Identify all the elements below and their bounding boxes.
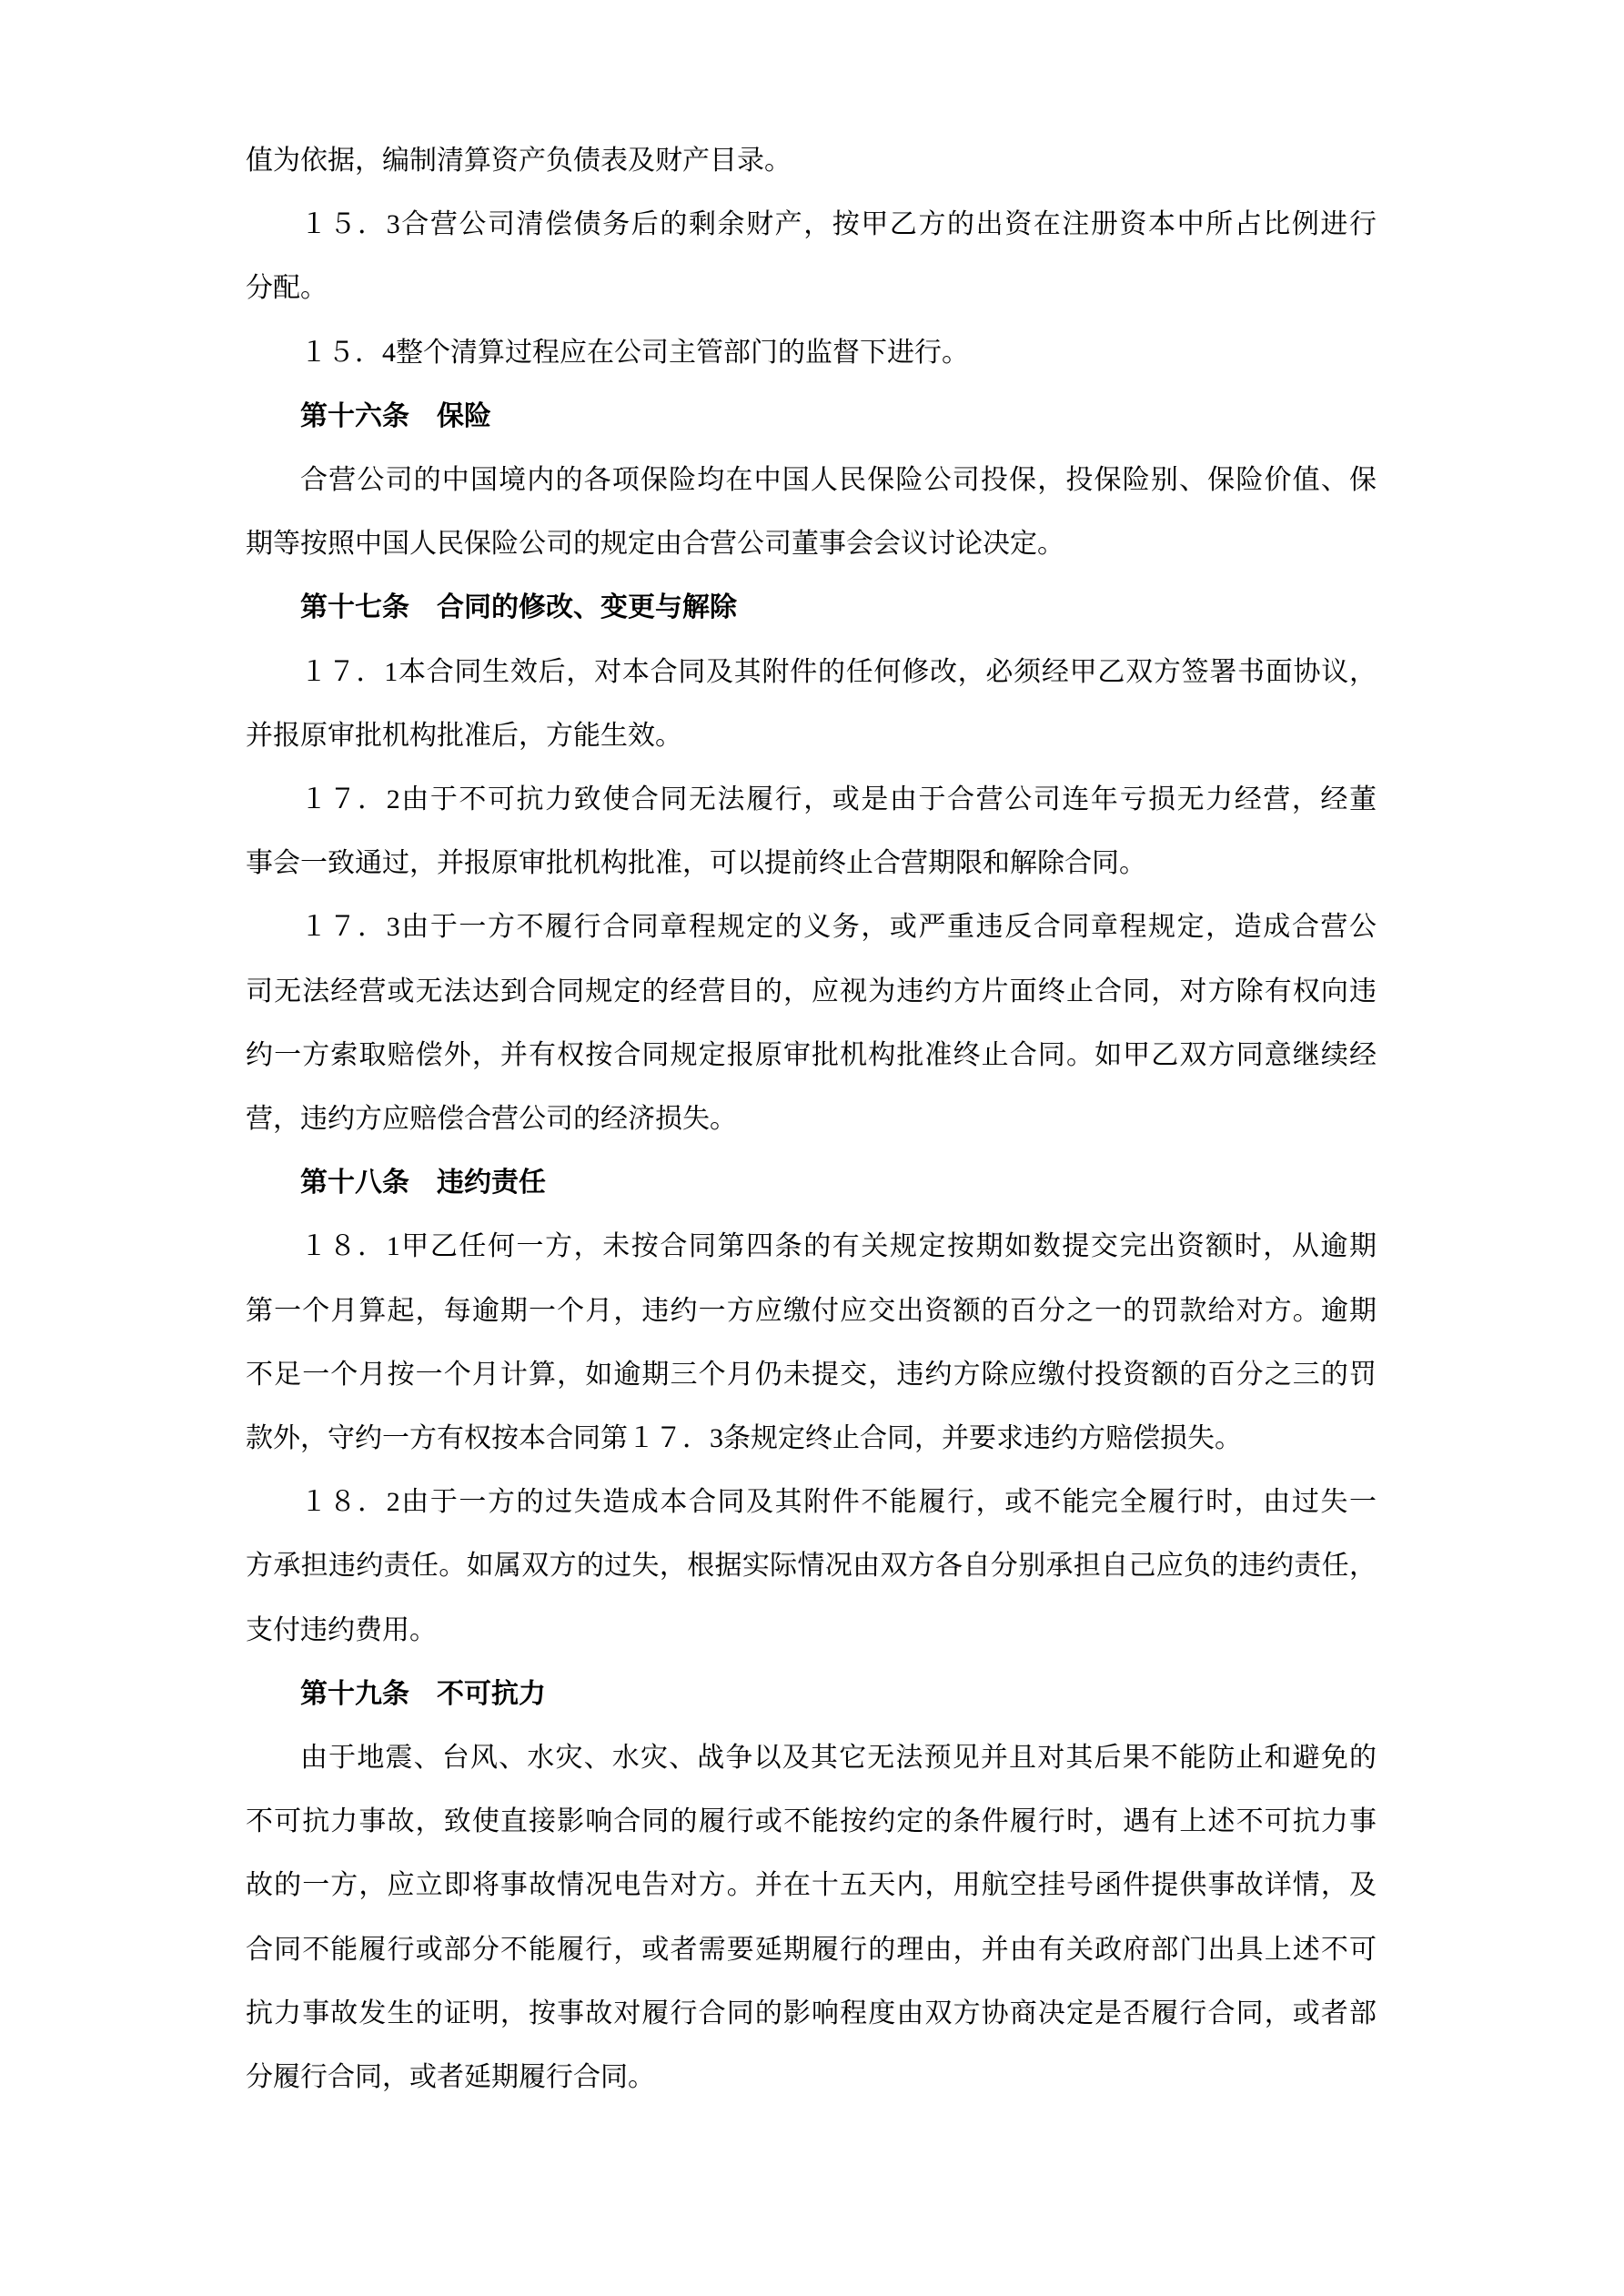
heading-article-17: 第十七条 合同的修改、变更与解除 xyxy=(246,576,1377,640)
heading-article-19: 第十九条 不可抗力 xyxy=(246,1663,1377,1726)
article-19-line: 分履行合同，或者延期履行合同。 xyxy=(246,2046,1377,2109)
clause-17-1-line: 并报原审批机构批准后，方能生效。 xyxy=(246,704,1377,768)
article-19-line: 抗力事故发生的证明，按事故对履行合同的影响程度由双方协商决定是否履行合同，或者部 xyxy=(246,1982,1377,2046)
clause-18-2-line: １８．2由于一方的过失造成本合同及其附件不能履行，或不能完全履行时，由过失一 xyxy=(246,1471,1377,1534)
clause-17-3-line: 司无法经营或无法达到合同规定的经营目的，应视为违约方片面终止合同，对方除有权向违 xyxy=(246,960,1377,1024)
heading-article-16: 第十六条 保险 xyxy=(246,385,1377,449)
clause-15-3-line: １５．3合营公司清偿债务后的剩余财产，按甲乙方的出资在注册资本中所占比例进行 xyxy=(246,193,1377,257)
clause-17-3-line: 约一方索取赔偿外，并有权按合同规定报原审批机构批准终止合同。如甲乙双方同意继续经 xyxy=(246,1024,1377,1087)
clause-17-3-line: 营，违约方应赔偿合营公司的经济损失。 xyxy=(246,1087,1377,1151)
clause-18-1-line: 不足一个月按一个月计算，如逾期三个月仍未提交，违约方除应缴付投资额的百分之三的罚 xyxy=(246,1343,1377,1407)
clause-17-2-line: 事会一致通过，并报原审批机构批准，可以提前终止合营期限和解除合同。 xyxy=(246,832,1377,895)
heading-article-18: 第十八条 违约责任 xyxy=(246,1151,1377,1215)
clause-18-2-line: 支付违约费用。 xyxy=(246,1599,1377,1663)
article-16-line: 期等按照中国人民保险公司的规定由合营公司董事会会议讨论决定。 xyxy=(246,512,1377,576)
contract-page: 值为依据，编制清算资产负债表及财产目录。 １５．3合营公司清偿债务后的剩余财产，… xyxy=(0,0,1624,2296)
contract-text-block: 值为依据，编制清算资产负债表及财产目录。 １５．3合营公司清偿债务后的剩余财产，… xyxy=(246,129,1377,2109)
article-19-line: 由于地震、台风、水灾、水灾、战争以及其它无法预见并且对其后果不能防止和避免的 xyxy=(246,1726,1377,1790)
clause-17-1-line: １７．1本合同生效后，对本合同及其附件的任何修改，必须经甲乙双方签署书面协议， xyxy=(246,641,1377,704)
article-19-line: 故的一方，应立即将事故情况电告对方。并在十五天内，用航空挂号函件提供事故详情，及 xyxy=(246,1854,1377,1917)
clause-17-2-line: １７．2由于不可抗力致使合同无法履行，或是由于合营公司连年亏损无力经营，经董 xyxy=(246,768,1377,832)
clause-18-1-line: 第一个月算起，每逾期一个月，违约一方应缴付应交出资额的百分之一的罚款给对方。逾期 xyxy=(246,1279,1377,1343)
clause-15-3-line: 分配。 xyxy=(246,257,1377,320)
article-19-line: 不可抗力事故，致使直接影响合同的履行或不能按约定的条件履行时，遇有上述不可抗力事 xyxy=(246,1790,1377,1854)
text-line: 值为依据，编制清算资产负债表及财产目录。 xyxy=(246,129,1377,193)
clause-15-4-line: １５．4整个清算过程应在公司主管部门的监督下进行。 xyxy=(246,321,1377,385)
article-16-line: 合营公司的中国境内的各项保险均在中国人民保险公司投保，投保险别、保险价值、保 xyxy=(246,449,1377,512)
article-19-line: 合同不能履行或部分不能履行，或者需要延期履行的理由，并由有关政府部门出具上述不可 xyxy=(246,1918,1377,1982)
clause-18-1-line: 款外，守约一方有权按本合同第１７．3条规定终止合同，并要求违约方赔偿损失。 xyxy=(246,1407,1377,1471)
clause-18-1-line: １８．1甲乙任何一方，未按合同第四条的有关规定按期如数提交完出资额时，从逾期 xyxy=(246,1215,1377,1279)
clause-17-3-line: １７．3由于一方不履行合同章程规定的义务，或严重违反合同章程规定，造成合营公 xyxy=(246,895,1377,959)
clause-18-2-line: 方承担违约责任。如属双方的过失，根据实际情况由双方各自分别承担自己应负的违约责任… xyxy=(246,1534,1377,1598)
